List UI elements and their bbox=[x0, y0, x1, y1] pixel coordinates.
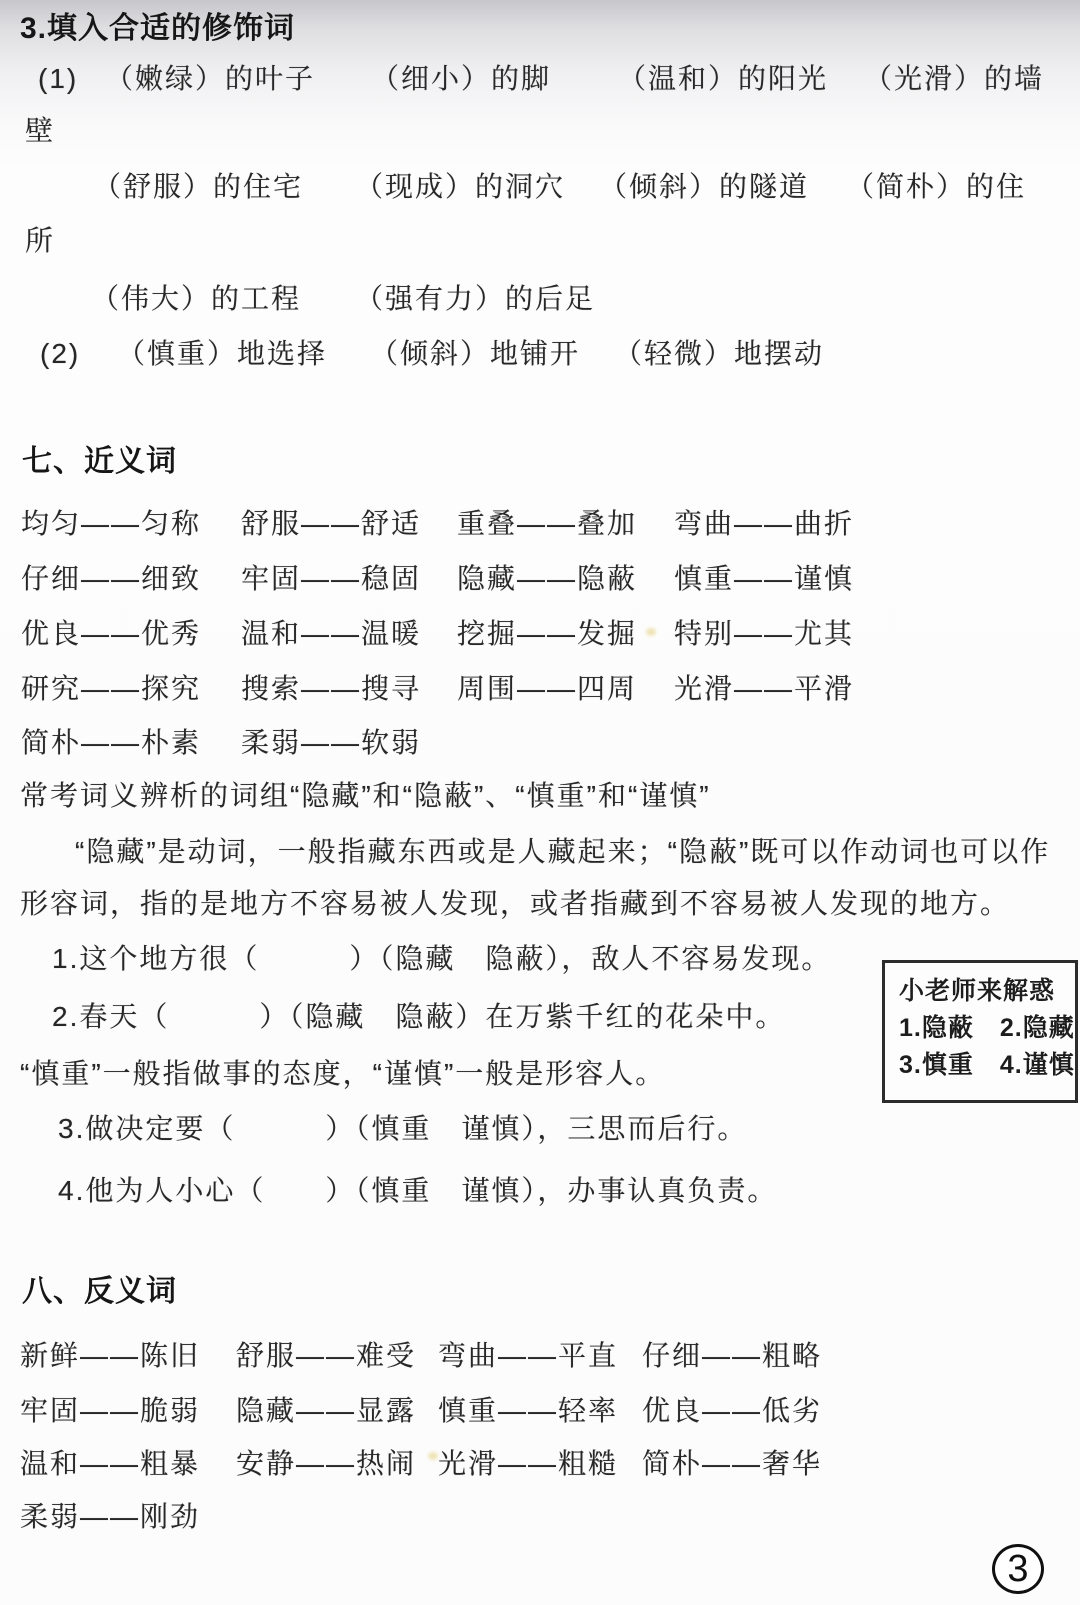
word-pair: 牢固——稳固 bbox=[241, 563, 457, 595]
tip-box-answers: 3.慎重 4.谨慎 bbox=[899, 1047, 1075, 1084]
modifier-phrase: （轻微）地摆动 bbox=[614, 338, 824, 370]
practice-sentence: 4.他为人小心（ ）（慎重 谨慎），办事认真负责。 bbox=[58, 1175, 777, 1207]
modifier-phrase: （倾斜）地铺开 bbox=[370, 338, 614, 370]
word-pair: 挖掘——发掘 bbox=[457, 618, 674, 650]
modifier-phrase: （现成）的洞穴 bbox=[355, 171, 599, 203]
scan-artifact-dot bbox=[428, 1452, 438, 1460]
modifier-phrase: （伟大）的工程 bbox=[91, 283, 355, 315]
modifier-row-3: （伟大）的工程 （强有力）的后足 bbox=[91, 283, 595, 315]
word-pair: 牢固——脆弱 bbox=[20, 1395, 236, 1427]
section-heading-antonyms: 八、反义词 bbox=[22, 1275, 177, 1309]
modifier-phrase: （舒服）的住宅 bbox=[93, 171, 355, 203]
word-pair: 温和——粗暴 bbox=[20, 1448, 236, 1480]
tip-box-answers: 1.隐蔽 2.隐藏 bbox=[899, 1010, 1075, 1047]
modifier-phrase: （倾斜）的隧道 bbox=[599, 171, 846, 203]
synonym-row: 优良——优秀 温和——温暖 挖掘——发掘 特别——尤其 bbox=[21, 618, 854, 650]
word-pair: 研究——探究 bbox=[21, 673, 241, 705]
practice-sentence: 1.这个地方很（ ）（隐藏 隐蔽），敌人不容易发现。 bbox=[52, 943, 831, 975]
modifier-row-4: (2) （慎重）地选择 （倾斜）地铺开 （轻微）地摆动 bbox=[40, 338, 824, 370]
word-pair: 优良——低劣 bbox=[642, 1395, 822, 1427]
item-number-label: (1) bbox=[38, 63, 105, 95]
word-pair: 光滑——粗糙 bbox=[438, 1448, 642, 1480]
word-pair: 周围——四周 bbox=[457, 673, 674, 705]
word-pair: 柔弱——软弱 bbox=[241, 727, 421, 759]
synonym-row: 简朴——朴素 柔弱——软弱 bbox=[21, 727, 421, 759]
word-pair: 隐藏——隐蔽 bbox=[457, 563, 674, 595]
modifier-row-1: (1) （嫩绿）的叶子 （细小）的脚 （温和）的阳光 （光滑）的墙 bbox=[38, 63, 1044, 95]
word-pair: 慎重——轻率 bbox=[438, 1395, 642, 1427]
word-pair: 搜索——搜寻 bbox=[241, 673, 457, 705]
word-pair: 优良——优秀 bbox=[21, 618, 241, 650]
modifier-phrase: （细小）的脚 bbox=[371, 63, 618, 95]
word-pair: 舒服——难受 bbox=[236, 1340, 438, 1372]
word-discrimination-heading: 常考词义辨析的词组“隐藏”和“隐蔽”、“慎重”和“谨慎” bbox=[20, 780, 711, 812]
page-number: 3 bbox=[1007, 1548, 1028, 1591]
word-pair: 隐藏——显露 bbox=[236, 1395, 438, 1427]
modifier-row-2: （舒服）的住宅 （现成）的洞穴 （倾斜）的隧道 （简朴）的住 bbox=[93, 171, 1026, 203]
synonym-row: 均匀——匀称 舒服——舒适 重叠——叠加 弯曲——曲折 bbox=[21, 508, 854, 540]
antonym-row: 牢固——脆弱 隐藏——显露 慎重——轻率 优良——低劣 bbox=[20, 1395, 822, 1427]
word-pair: 均匀——匀称 bbox=[21, 508, 241, 540]
modifier-line-wrap: 壁 bbox=[25, 115, 55, 147]
word-pair: 柔弱——刚劲 bbox=[20, 1501, 200, 1533]
word-pair: 弯曲——平直 bbox=[438, 1340, 642, 1372]
word-pair: 慎重——谨慎 bbox=[674, 563, 854, 595]
modifier-line-wrap: 所 bbox=[25, 225, 55, 257]
word-pair: 弯曲——曲折 bbox=[674, 508, 854, 540]
explanation-line: “隐藏”是动词，一般指藏东西或是人藏起来；“隐蔽”既可以作动词也可以作 bbox=[75, 836, 1050, 868]
section-heading-fill-in: 3.填入合适的修饰词 bbox=[20, 12, 295, 46]
word-pair: 重叠——叠加 bbox=[457, 508, 674, 540]
word-pair: 简朴——奢华 bbox=[642, 1448, 822, 1480]
synonym-row: 仔细——细致 牢固——稳固 隐藏——隐蔽 慎重——谨慎 bbox=[21, 563, 854, 595]
antonym-row: 柔弱——刚劲 bbox=[20, 1501, 200, 1533]
modifier-phrase: （强有力）的后足 bbox=[355, 283, 595, 315]
word-pair: 安静——热闹 bbox=[236, 1448, 438, 1480]
modifier-phrase: （嫩绿）的叶子 bbox=[105, 63, 371, 95]
modifier-phrase: （简朴）的住 bbox=[846, 171, 1026, 203]
modifier-phrase: （光滑）的墙 bbox=[864, 63, 1044, 95]
word-pair: 温和——温暖 bbox=[241, 618, 457, 650]
scan-artifact-dot bbox=[646, 628, 656, 636]
word-pair: 光滑——平滑 bbox=[674, 673, 854, 705]
antonym-row: 新鲜——陈旧 舒服——难受 弯曲——平直 仔细——粗略 bbox=[20, 1340, 822, 1372]
explanation-line: 形容词，指的是地方不容易被人发现，或者指藏到不容易被人发现的地方。 bbox=[20, 888, 1010, 920]
page-number-badge: 3 bbox=[992, 1544, 1044, 1594]
explanation-line: “慎重”一般指做事的态度，“谨慎”一般是形容人。 bbox=[20, 1058, 665, 1090]
tip-box-title: 小老师来解惑 bbox=[899, 973, 1075, 1010]
word-pair: 简朴——朴素 bbox=[21, 727, 241, 759]
practice-sentence: 2.春天（ ）（隐藏 隐蔽）在万紫千红的花朵中。 bbox=[52, 1001, 785, 1033]
word-pair: 新鲜——陈旧 bbox=[20, 1340, 236, 1372]
word-pair: 仔细——粗略 bbox=[642, 1340, 822, 1372]
antonym-row: 温和——粗暴 安静——热闹 光滑——粗糙 简朴——奢华 bbox=[20, 1448, 822, 1480]
teacher-tip-box: 小老师来解惑 1.隐蔽 2.隐藏 3.慎重 4.谨慎 bbox=[882, 960, 1078, 1103]
modifier-phrase: （慎重）地选择 bbox=[117, 338, 370, 370]
word-pair: 仔细——细致 bbox=[21, 563, 241, 595]
modifier-phrase: （温和）的阳光 bbox=[618, 63, 864, 95]
item-number-label: (2) bbox=[40, 338, 117, 370]
synonym-row: 研究——探究 搜索——搜寻 周围——四周 光滑——平滑 bbox=[21, 673, 854, 705]
worksheet-page: 3.填入合适的修饰词 (1) （嫩绿）的叶子 （细小）的脚 （温和）的阳光 （光… bbox=[0, 0, 1080, 1605]
practice-sentence: 3.做决定要（ ）（慎重 谨慎），三思而后行。 bbox=[58, 1113, 747, 1145]
word-pair: 舒服——舒适 bbox=[241, 508, 457, 540]
word-pair: 特别——尤其 bbox=[674, 618, 854, 650]
section-heading-synonyms: 七、近义词 bbox=[22, 445, 177, 479]
